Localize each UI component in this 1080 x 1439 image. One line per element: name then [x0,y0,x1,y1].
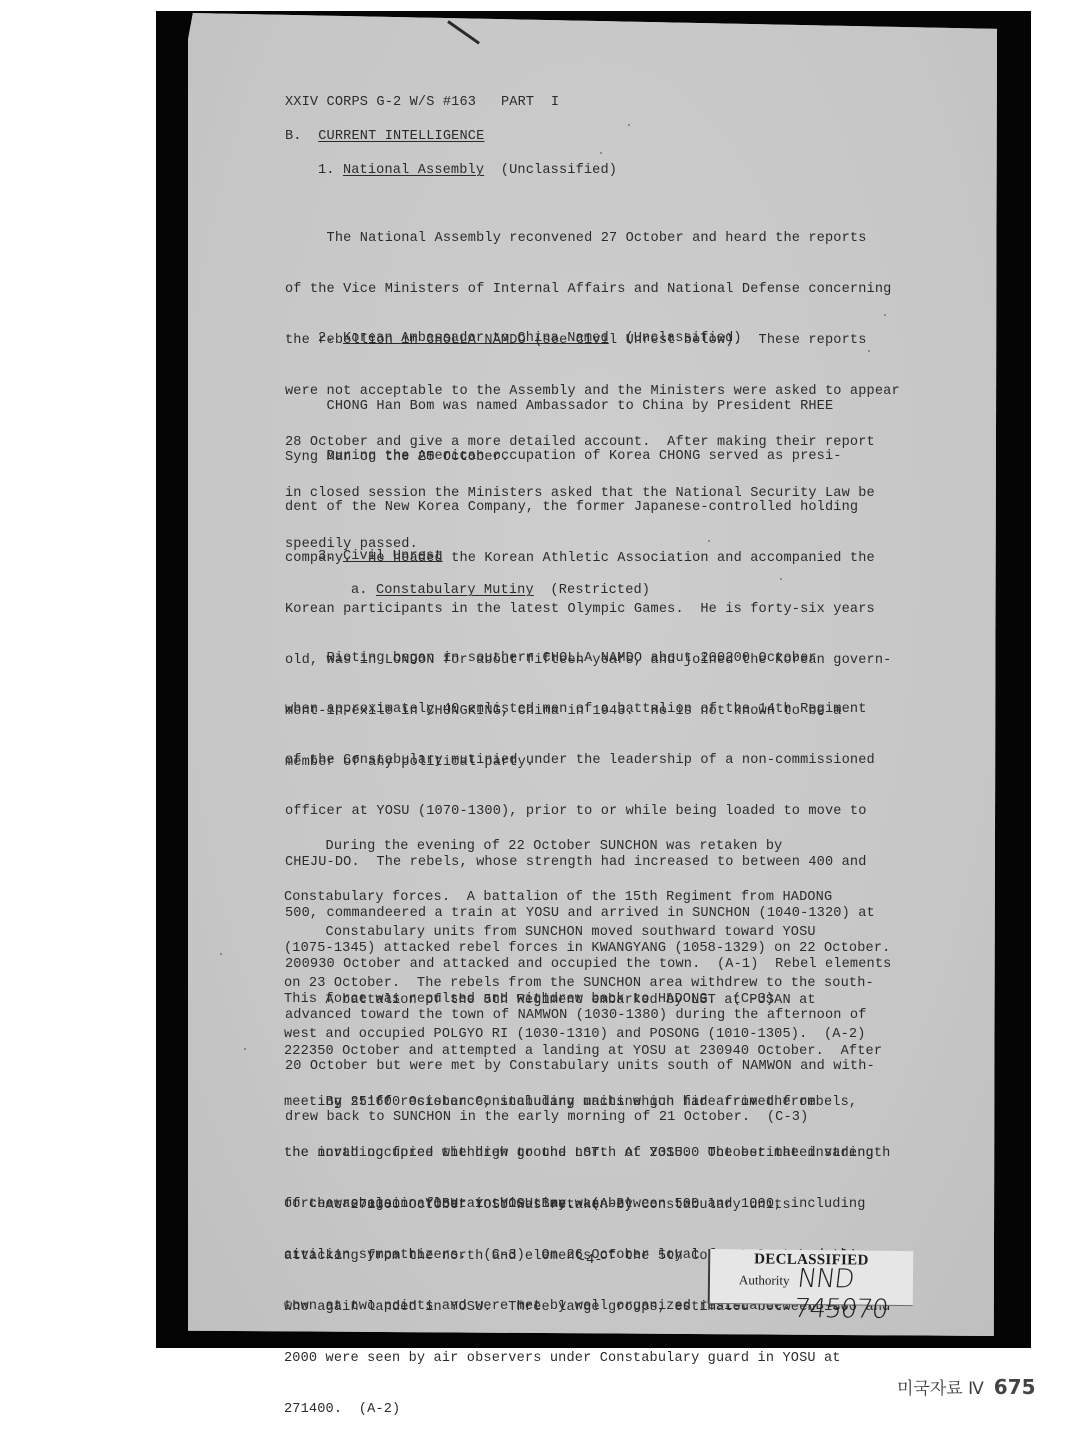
speck [244,1048,246,1050]
item-1-title: National Assembly [343,163,484,178]
book-footer: 미국자료 Ⅳ675 [897,1374,1036,1399]
speck [220,953,222,955]
speck [708,540,710,542]
speck [600,152,602,154]
speck [868,350,870,352]
item-3a-title: Constabulary Mutiny [376,583,534,598]
item-3a-heading: a. Constabulary Mutiny (Restricted) [351,582,650,599]
stamp-authority-label: Authority [739,1272,790,1289]
document-header: XXIV CORPS G-2 W/S #163 PART I [285,94,559,111]
stamp-authority-value: NND 745070 [792,1264,916,1325]
item-2-heading: 2. Korean Ambassador to China Named (Unc… [318,330,742,347]
page-number: -4- [578,1253,602,1268]
section-title: CURRENT INTELLIGENCE [318,129,484,144]
item-3-title: Civil Unrest [343,549,443,564]
item-1-heading: 1. National Assembly (Unclassified) [318,162,617,179]
book-page-number: 675 [994,1375,1036,1399]
item-2-title: Korean Ambassador to China Named [343,331,609,346]
speck [628,124,630,126]
speck [520,1300,522,1302]
declassified-stamp: DECLASSIFIED Authority NND 745070 [708,1249,914,1306]
speck [780,578,782,580]
section-heading: B. CURRENT INTELLIGENCE [285,128,484,145]
item-3-heading: 3. Civil Unrest [318,548,443,565]
speck [884,314,886,316]
book-title: 미국자료 Ⅳ [897,1379,984,1399]
